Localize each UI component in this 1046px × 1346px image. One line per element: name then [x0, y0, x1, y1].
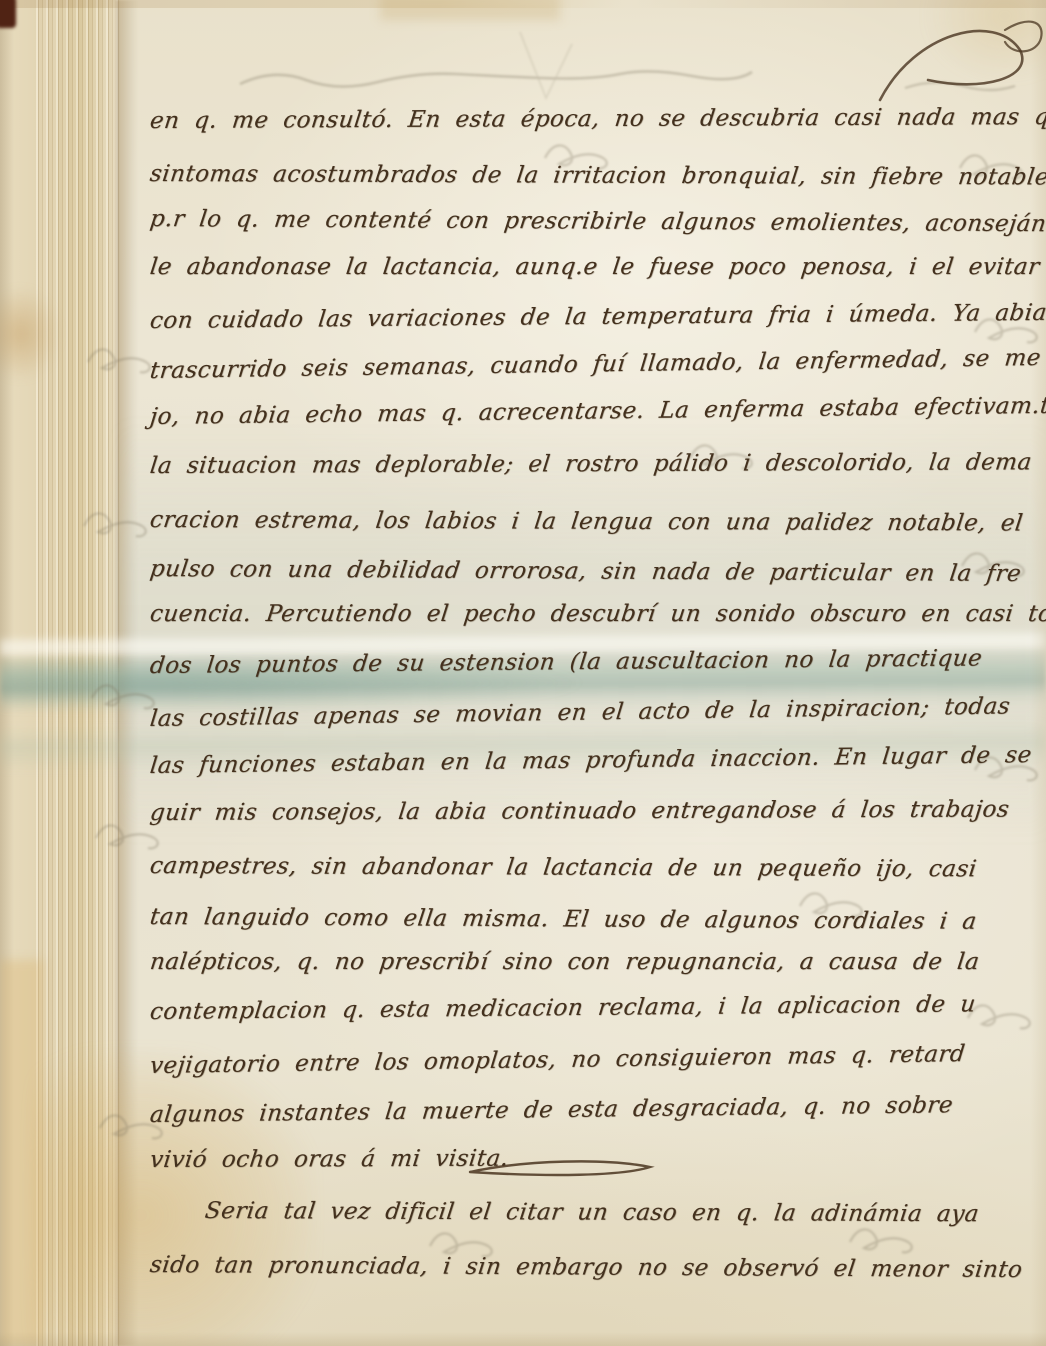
manuscript-line: con cuidado las variaciones de la temper… [149, 302, 1046, 333]
manuscript-line: le abandonase la lactancia, aunq.e le fu… [149, 256, 1041, 279]
manuscript-page: en q. me consultó. En esta época, no se … [0, 0, 1046, 1346]
manuscript-line: campestres, sin abandonar la lactancia d… [149, 855, 978, 881]
manuscript-line: tan languido como ella misma. El uso de … [149, 906, 979, 934]
manuscript-line: vivió ocho oras á mi visita. [149, 1148, 510, 1172]
manuscript-line: vejigatorio entre los omoplatos, no cons… [149, 1043, 967, 1078]
manuscript-line: sintomas acostumbrados de la irritacion … [149, 163, 1046, 189]
manuscript-line: dos los puntos de su estension (la auscu… [149, 648, 984, 679]
manuscript-line: cuencia. Percutiendo el pecho descubrí u… [149, 603, 1046, 626]
manuscript-line: algunos instantes la muerte de esta desg… [149, 1094, 955, 1127]
manuscript-line: Seria tal vez dificil el citar un caso e… [204, 1200, 981, 1226]
manuscript-line: trascurrido seis semanas, cuando fuí lla… [149, 347, 1046, 384]
manuscript-line: nalépticos, q. no prescribí sino con rep… [149, 951, 981, 974]
manuscript-line: contemplacion q. esta medicacion reclama… [149, 993, 977, 1024]
manuscript-lines: en q. me consultó. En esta época, no se … [0, 0, 1046, 1346]
manuscript-line: las costillas apenas se movian en el act… [149, 696, 1012, 732]
manuscript-line: sido tan pronunciada, i sin embargo no s… [149, 1254, 1024, 1282]
manuscript-line: p.r lo q. me contenté con prescribirle a… [149, 208, 1046, 236]
manuscript-line: cracion estrema, los labios i la lengua … [149, 509, 1025, 535]
manuscript-line: las funciones estaban en la mas profunda… [149, 744, 1033, 778]
manuscript-line: guir mis consejos, la abia continuado en… [149, 798, 1011, 824]
manuscript-line: pulso con una debilidad orrorosa, sin na… [149, 558, 1023, 586]
manuscript-line: jo, no abia echo mas q. acrecentarse. La… [149, 394, 1046, 429]
manuscript-line: la situacion mas deplorable; el rostro p… [149, 452, 1033, 479]
manuscript-line: en q. me consultó. En esta época, no se … [149, 106, 1046, 133]
